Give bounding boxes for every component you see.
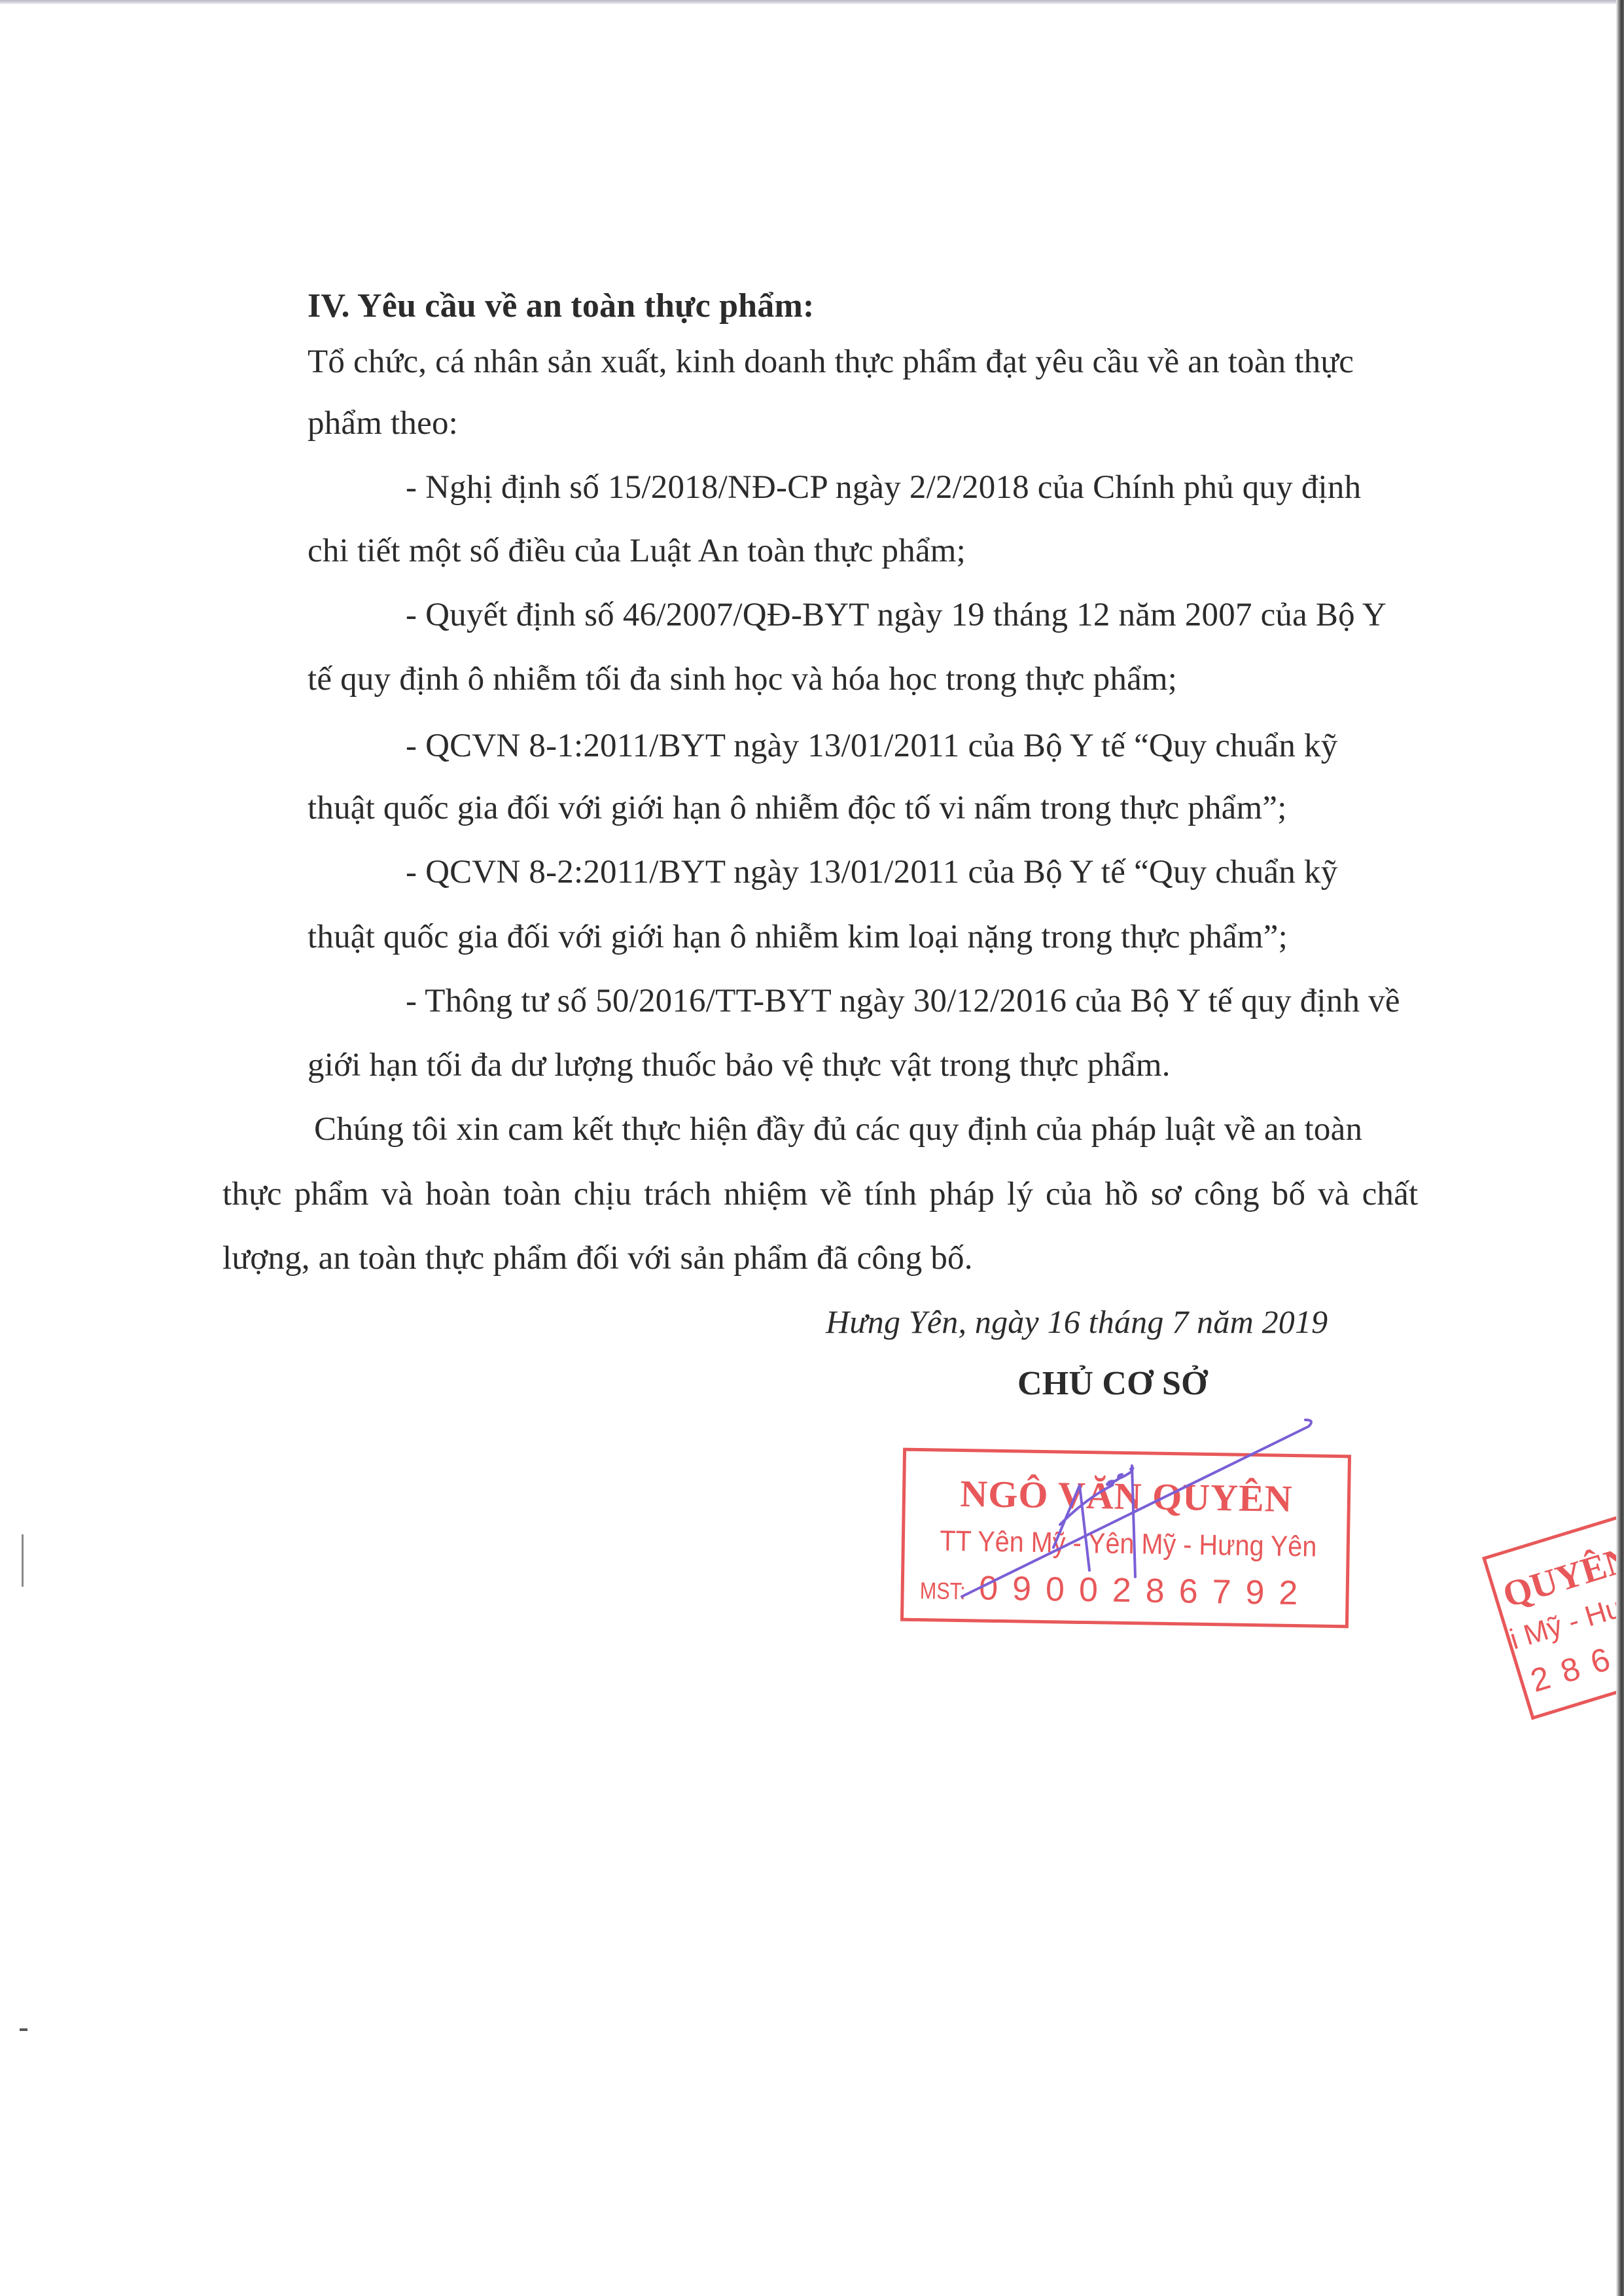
regulation-line: chi tiết một số điều của Luật An toàn th… <box>308 531 966 571</box>
company-stamp: NGÔ VĂN QUYÊN TT Yên Mỹ - Yên Mỹ - Hưng … <box>900 1448 1351 1629</box>
regulation-line: thuật quốc gia đối với giới hạn ô nhiễm … <box>308 788 1287 828</box>
stamp-tax-label: MST: <box>920 1577 966 1605</box>
regulation-line: - QCVN 8-1:2011/BYT ngày 13/01/2011 của … <box>406 726 1337 766</box>
intro-line: phẩm theo: <box>308 404 458 443</box>
stamp-tax-number: 0900286792 <box>979 1569 1313 1612</box>
stamp-tax-code: MST: 0900286792 <box>915 1568 1313 1614</box>
scan-artifact <box>20 2028 27 2031</box>
regulation-line: - Quyết định số 46/2007/QĐ-BYT ngày 19 t… <box>406 595 1386 635</box>
regulation-line: - QCVN 8-2:2011/BYT ngày 13/01/2011 của … <box>406 853 1337 892</box>
commitment-line: thực phẩm và hoàn toàn chịu trách nhiệm … <box>222 1174 1418 1214</box>
regulation-line: - Nghị định số 15/2018/NĐ-CP ngày 2/2/20… <box>406 468 1361 507</box>
commitment-line: lượng, an toàn thực phẩm đối với sản phẩ… <box>222 1239 973 1278</box>
scan-top-edge <box>0 0 1624 4</box>
regulation-line: tế quy định ô nhiễm tối đa sinh học và h… <box>308 660 1177 699</box>
stamp-name: NGÔ VĂN QUYÊN <box>906 1471 1348 1522</box>
scan-right-edge <box>1616 0 1624 2296</box>
signatory-role: CHỦ CƠ SỞ <box>1017 1364 1208 1404</box>
regulation-line: - Thông tư số 50/2016/TT-BYT ngày 30/12/… <box>406 981 1400 1021</box>
scan-artifact <box>22 1534 24 1587</box>
place-date: Hưng Yên, ngày 16 tháng 7 năm 2019 <box>826 1302 1328 1341</box>
section-heading: IV. Yêu cầu về an toàn thực phẩm: <box>308 287 815 326</box>
partial-stamp-clip: QUYÊN i Mỹ - Hưng 2867 <box>1439 1505 1616 1832</box>
partial-stamp: QUYÊN i Mỹ - Hưng 2867 <box>1482 1505 1616 1720</box>
intro-line: Tổ chức, cá nhân sản xuất, kinh doanh th… <box>308 342 1354 381</box>
regulation-line: giới hạn tối đa dư lượng thuốc bảo vệ th… <box>308 1046 1171 1085</box>
commitment-line: Chúng tôi xin cam kết thực hiện đầy đủ c… <box>314 1110 1362 1149</box>
stamp-address: TT Yên Mỹ - Yên Mỹ - Hưng Yên <box>938 1525 1319 1563</box>
regulation-line: thuật quốc gia đối với giới hạn ô nhiễm … <box>308 917 1288 957</box>
